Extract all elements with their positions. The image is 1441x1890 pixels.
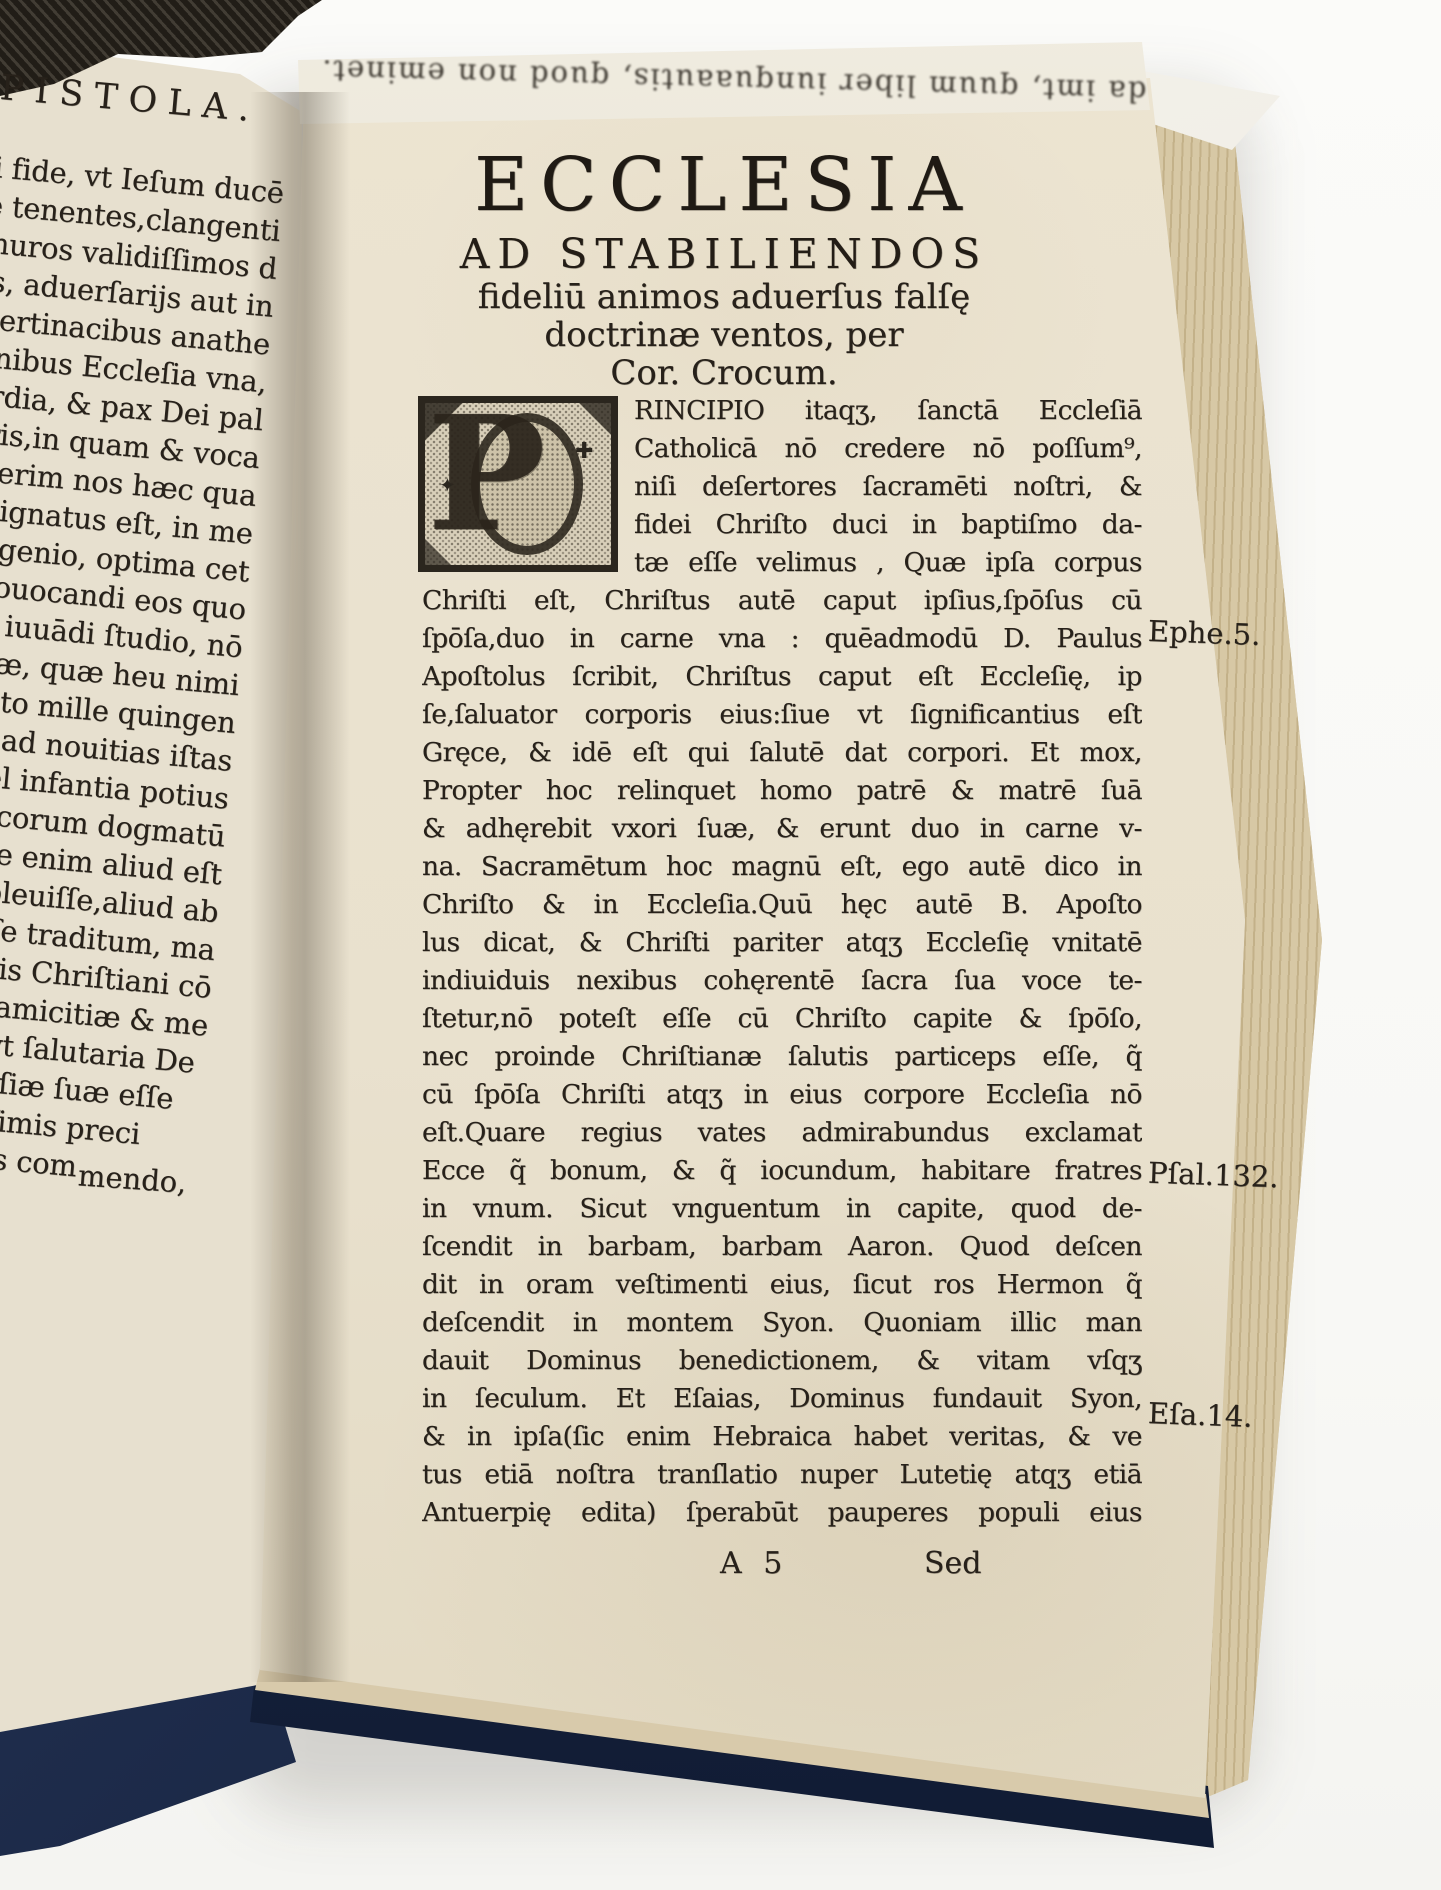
main-paragraph: P ✚ ✦ RINCIPIO itaqʒ, ſanctā EccleſiāCat… bbox=[422, 392, 1142, 1532]
paragraph-line: dauit Dominus benedictionem, & vitam vſq… bbox=[422, 1342, 1142, 1380]
margin-references: Ephe.5.Pſal.132.Eſa.14. bbox=[1148, 392, 1348, 1532]
paragraph-line: Chriſti eſt, Chriſtus autē caput ipſius,… bbox=[422, 582, 1142, 620]
woodcut-initial: P ✚ ✦ bbox=[418, 396, 618, 572]
paragraph-line: Ecce q̃ bonum, & q̃ iocundum, habitare f… bbox=[422, 1152, 1142, 1190]
paragraph-line: eſt.Quare regius vates admirabundus excl… bbox=[422, 1114, 1142, 1152]
paragraph-line: ſpōſa,duo in carne vna : quēadmodū D. Pa… bbox=[422, 620, 1142, 658]
paragraph-line: indiuiduis nexibus cohęrentē ſacra ſua v… bbox=[422, 962, 1142, 1000]
paragraph-line: lus dicat, & Chriſti pariter atqʒ Eccleſ… bbox=[422, 924, 1142, 962]
paragraph-line: nec proinde Chriſtianæ ſalutis particeps… bbox=[422, 1038, 1142, 1076]
signature-row: A 5 Sed bbox=[422, 1546, 1142, 1592]
quire-signature: A 5 bbox=[720, 1546, 788, 1581]
paragraph-line: Chriſto & in Eccleſia.Quū hęc autē B. Ap… bbox=[422, 886, 1142, 924]
paragraph-line: tæ eſſe velimus , Quæ ipſa corpus bbox=[634, 544, 1142, 582]
paragraph-line: Propter hoc relinquet homo patrē & matrē… bbox=[422, 772, 1142, 810]
margin-reference: Ephe.5. bbox=[1147, 614, 1261, 652]
paragraph-line: ſe,ſaluator corporis eius:ſiue vt ſignif… bbox=[422, 696, 1142, 734]
subtitle-line-1: AD STABILIENDOS bbox=[364, 230, 1084, 278]
margin-reference: Pſal.132. bbox=[1147, 1156, 1279, 1195]
paragraph-line: na. Sacramētum hoc magnū eſt, ego autē d… bbox=[422, 848, 1142, 886]
subtitle-line-3: doctrinæ ventos, per bbox=[364, 316, 1084, 354]
margin-reference: Eſa.14. bbox=[1147, 1396, 1253, 1434]
paragraph-line: deſcendit in montem Syon. Quoniam illic … bbox=[422, 1304, 1142, 1342]
paragraph-line: tus etiā noſtra tranſlatio nuper Lutetię… bbox=[422, 1456, 1142, 1494]
paragraph-line: & in ipſa(ſic enim Hebraica habet verita… bbox=[422, 1418, 1142, 1456]
edge-text-right: V ada imt, quum liber iunqua bbox=[713, 64, 1200, 111]
paragraph-line: in vnum. Sicut vnguentum in capite, quod… bbox=[422, 1190, 1142, 1228]
paragraph-line: & adhęrebit vxori ſuæ, & erunt duo in ca… bbox=[422, 810, 1142, 848]
paragraph-line: Apoſtolus ſcribit, Chriſtus caput eſt Ec… bbox=[422, 658, 1142, 696]
initial-star-ornament: ✦ bbox=[439, 473, 456, 497]
paragraph-line: cū ſpōſa Chriſti atqʒ in eius corpore Ec… bbox=[422, 1076, 1142, 1114]
paragraph-line: fidei Chriſto duci in baptiſmo da- bbox=[634, 506, 1142, 544]
paragraph-line: Catholicā nō credere nō poſſum⁹, bbox=[634, 430, 1142, 468]
edge-text-left: autis, quod non eminet. bbox=[320, 53, 714, 97]
subtitle-line-2: fideliū animos aduerſus falſę bbox=[364, 278, 1084, 316]
paragraph-line: ſtetur,nō poteſt eſſe cū Chriſto capite … bbox=[422, 1000, 1142, 1038]
book-photograph: autis, quod non eminet. V ada imt, quum … bbox=[0, 0, 1441, 1890]
paragraph-line: Antuerpię edita) ſperabūt pauperes popul… bbox=[422, 1494, 1142, 1532]
paragraph-line: niſi deſertores ſacramēti noſtri, & bbox=[634, 468, 1142, 506]
initial-cross-ornament: ✚ bbox=[575, 439, 593, 465]
paragraph-line: ſcendit in barbam, barbam Aaron. Quod de… bbox=[422, 1228, 1142, 1266]
paragraph-line: Gręce, & idē eſt qui ſalutē dat corpori.… bbox=[422, 734, 1142, 772]
paragraph-line: dit in oram veſtimenti eius, ſicut ros H… bbox=[422, 1266, 1142, 1304]
page-title: ECCLESIA bbox=[364, 140, 1084, 230]
show-through-edge-text: autis, quod non eminet. V ada imt, quum … bbox=[319, 41, 1130, 120]
right-page-text-block: ECCLESIA AD STABILIENDOS fideliū animos … bbox=[422, 140, 1142, 1592]
paragraph-line: in ſeculum. Et Eſaias, Dominus fundauit … bbox=[422, 1380, 1142, 1418]
paragraph-line: RINCIPIO itaqʒ, ſanctā Eccleſiā bbox=[634, 392, 1142, 430]
catchword: Sed bbox=[924, 1546, 982, 1581]
